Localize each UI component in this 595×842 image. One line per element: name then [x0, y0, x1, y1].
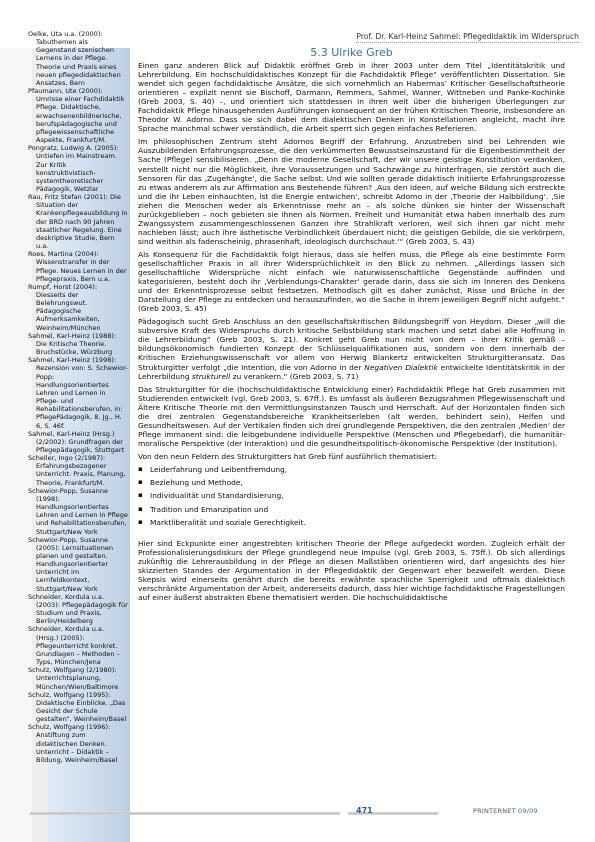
paragraph: Das Strukturgitter für die (hochschuldid…: [138, 385, 565, 448]
list-item: Marktliberalität und soziale Gerechtigke…: [150, 518, 565, 527]
section-title: 5.3 Ulrike Greb: [138, 46, 565, 59]
footer-rule: [30, 812, 340, 815]
paragraph: Hier sind Eckpunkte einer angestrebten k…: [138, 539, 565, 602]
list-item: Tradition und Emanzipation und: [150, 505, 565, 514]
reference-item: Rumpf, Horst (2004): Diesseits der Beleh…: [28, 283, 128, 332]
issue-number: 09/09: [518, 807, 538, 815]
reference-item: Rau, Fritz Stefan (2001): Die Situation …: [28, 193, 128, 250]
paragraph: Im philosophischen Zentrum steht Adornos…: [138, 137, 565, 246]
reference-list: Oelke, Uta u.a. (2000): Tabuthemen als G…: [28, 30, 128, 764]
reference-item: Schneider, Kordula u.a. (2003): Pflegepä…: [28, 593, 128, 626]
bullet-list: Leiderfahrung und Leibentfremdung, Bezie…: [138, 465, 565, 527]
page-number: 471: [356, 806, 373, 815]
paragraph: Von den neun Feldern des Strukturgitters…: [138, 452, 565, 461]
reference-item: Oelke, Uta u.a. (2000): Tabuthemen als G…: [28, 30, 128, 87]
reference-item: Roes, Martina (2004): Wissenstransfer in…: [28, 250, 128, 283]
list-item: Beziehung und Methode,: [150, 478, 565, 487]
list-item: Leiderfahrung und Leibentfremdung,: [150, 465, 565, 474]
reference-item: Sahmel, Karl-Heinz (1988): Die Kritische…: [28, 332, 128, 356]
reference-item: Sahmel, Karl-Heinz (Hrsg.) (2/2002): Gru…: [28, 430, 128, 454]
reference-item: Pfaumann, Ute (2000): Umrisse einer Fach…: [28, 87, 128, 144]
main-column: 5.3 Ulrike Greb Einen ganz anderen Blick…: [138, 46, 565, 606]
list-item: Individualität und Standardisierung,: [150, 491, 565, 500]
reference-item: Scheller, Ingo (2/1987): Erfahrungsbezog…: [28, 454, 128, 487]
reference-item: Sahmel, Karl-Heinz (1998): Rezension von…: [28, 356, 128, 429]
text-run: zu verankern.“ (Greb 2003, S. 71): [230, 372, 358, 381]
publication-label: PRINTERNET 09/09: [473, 807, 538, 815]
paragraph: Pädagogisch sucht Greb Anschluss an den …: [138, 317, 565, 380]
publication-name: PRINTERNET: [473, 807, 516, 815]
reference-item: Schewior-Popp, Susanne (2005): Lernsitua…: [28, 536, 128, 593]
reference-item: Schewior-Popp, Susanne (1998): Handlungs…: [28, 487, 128, 536]
reference-item: Schulz, Wolfgang (1995): Didaktische Ein…: [28, 691, 128, 724]
emphasis: Negativen Dialektik: [364, 363, 438, 372]
reference-item: Schneider, Kordula u.a. (Hrsg.) (2005): …: [28, 625, 128, 666]
paragraph: Als Konsequenz für die Fachdidaktik folg…: [138, 250, 565, 313]
paragraph: Einen ganz anderen Blick auf Didaktik er…: [138, 61, 565, 133]
emphasis: strukturell: [192, 372, 230, 381]
reference-item: Pongratz, Ludwig A. (2005): Untiefen im …: [28, 144, 128, 193]
running-header: Prof. Dr. Karl-Heinz Sahmel: Pflegedidak…: [356, 32, 579, 43]
reference-item: Schulz, Wolfgang (2/1980): Unterrichtspl…: [28, 666, 128, 690]
reference-item: Schulz, Wolfgang (1996): Anstiftung zum …: [28, 723, 128, 764]
